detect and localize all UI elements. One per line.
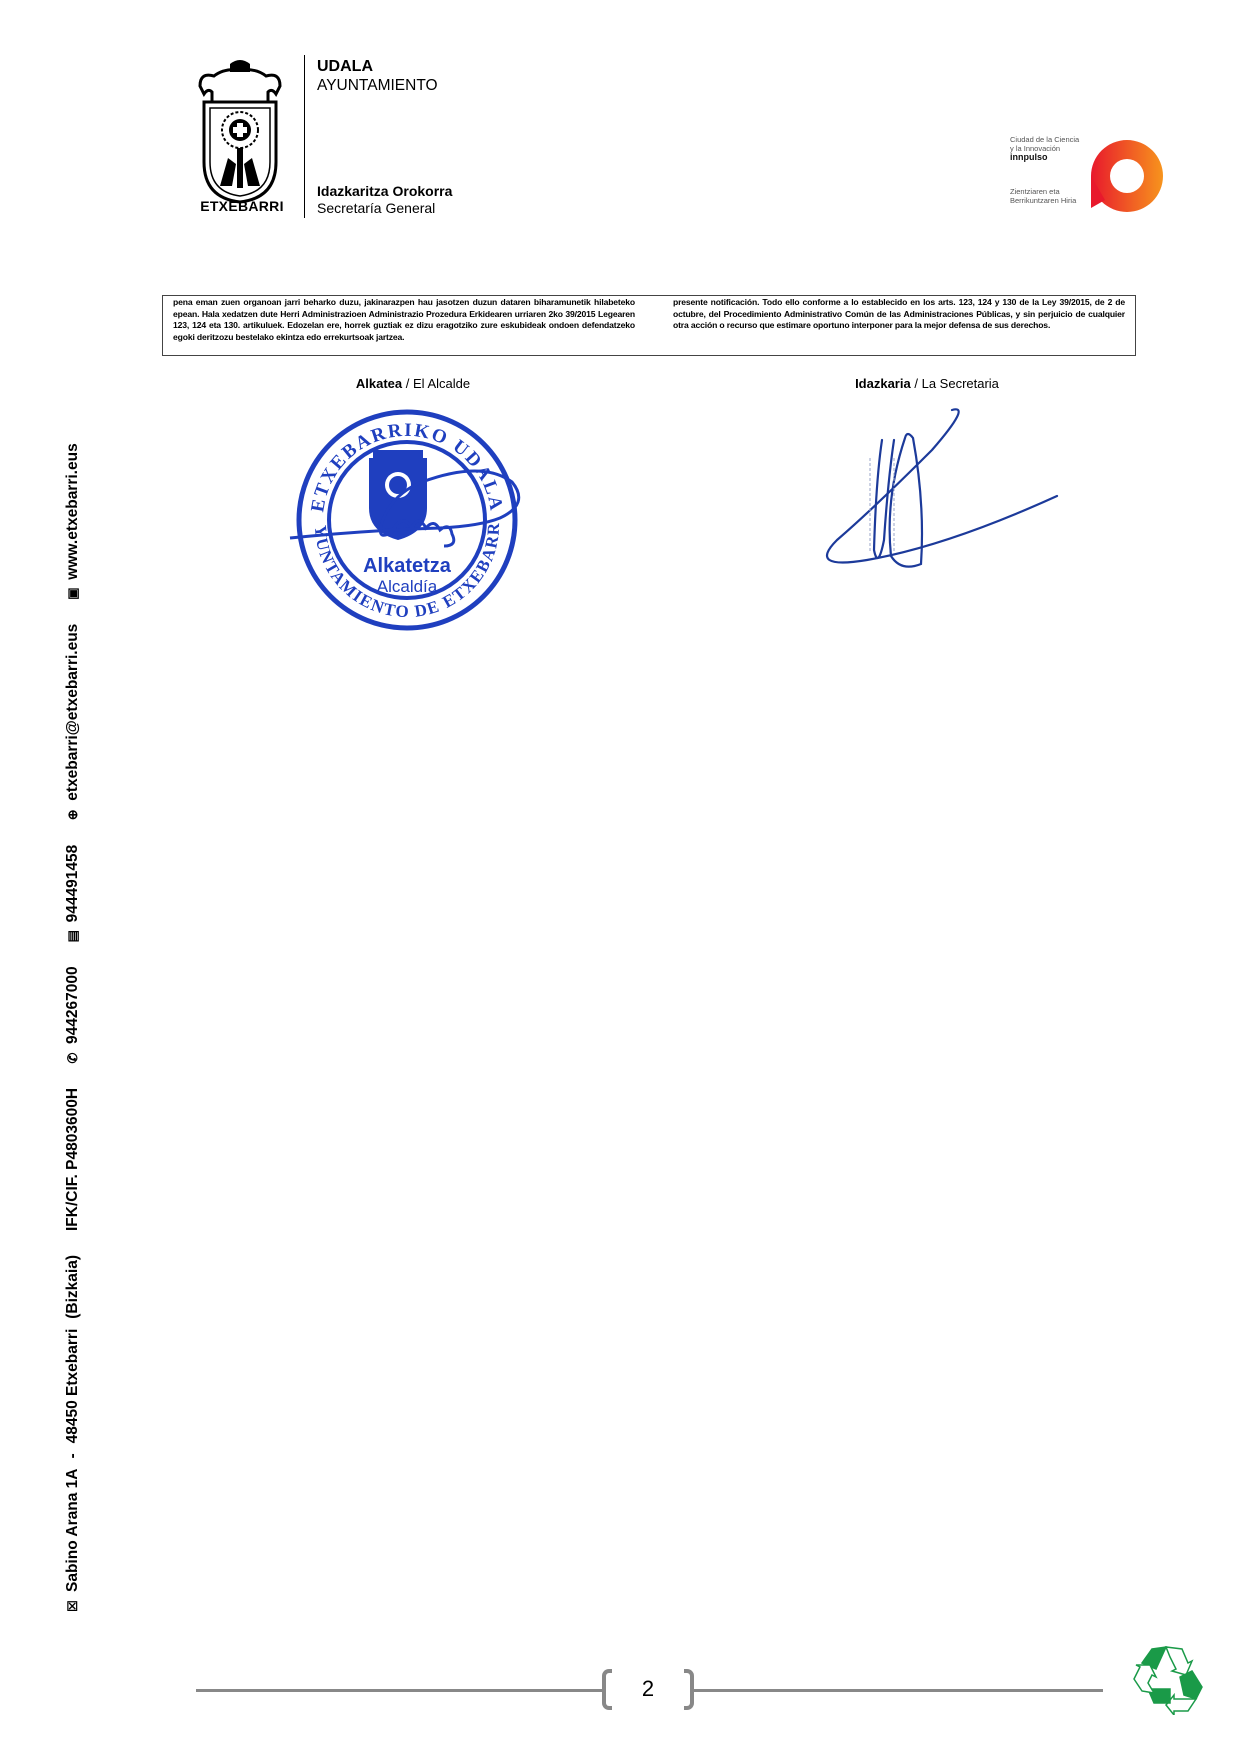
innpulso-tagline-basque: Zientziaren eta Berrikuntzaren Hiria [1010, 187, 1090, 205]
notice-text-basque: pena eman zuen organoan jarri beharko du… [173, 297, 635, 343]
secretary-signature-label: Idazkaria / La Secretaria [777, 376, 1077, 391]
phone-icon: ✆ [67, 1052, 79, 1064]
department-subtitle: Secretaría General [317, 200, 435, 216]
org-subtitle: AYUNTAMIENTO [317, 77, 438, 95]
notice-text-spanish: presente notificación. Todo ello conform… [673, 297, 1125, 332]
crest-caption: ETXEBARRI [192, 198, 292, 214]
svg-text:Alcaldía: Alcaldía [377, 577, 438, 596]
contact-tax-id: IFK/CIF. P4803600H [64, 1088, 82, 1231]
contact-fax: ▤ 944491458 [64, 845, 82, 943]
innpulso-brand: innpulso [1010, 153, 1090, 162]
contact-website[interactable]: ▣ www.etxebarri.eus [64, 443, 82, 599]
secretary-handwritten-signature [810, 398, 1070, 573]
page-number-bracket-right [684, 1669, 694, 1710]
org-title: UDALA [317, 58, 373, 76]
header-divider [304, 55, 305, 218]
recycle-icon [1128, 1643, 1204, 1715]
contact-email[interactable]: ⊕ etxebarri@etxebarri.eus [64, 624, 82, 821]
fax-icon: ▤ [67, 930, 79, 942]
mayor-official-stamp: ETXEBARRIKO UDALA AYUNTAMIENTO DE ETXEBA… [285, 400, 565, 640]
footer-rule-right [693, 1689, 1103, 1692]
computer-icon: ▣ [67, 588, 79, 600]
envelope-icon: ☒ [67, 1600, 79, 1612]
contact-sidebar: ☒ Sabino Arana 1A - 48450 Etxebarri (Biz… [63, 337, 83, 1612]
legal-notice-box: pena eman zuen organoan jarri beharko du… [162, 295, 1136, 356]
department-title: Idazkaritza Orokorra [317, 183, 452, 199]
mayor-signature-label: Alkatea / El Alcalde [263, 376, 563, 391]
contact-address: ☒ Sabino Arana 1A - 48450 Etxebarri (Biz… [64, 1255, 82, 1612]
page-number: 2 [612, 1676, 684, 1702]
footer-rule-left [196, 1689, 606, 1692]
mouse-icon: ⊕ [67, 809, 79, 821]
contact-phone: ✆ 944267000 [64, 966, 82, 1064]
page-number-bracket-left [602, 1669, 612, 1710]
innpulso-tagline: Ciudad de la Ciencia y la Innovación inn… [1010, 135, 1090, 162]
svg-text:Alkatetza: Alkatetza [363, 555, 452, 577]
